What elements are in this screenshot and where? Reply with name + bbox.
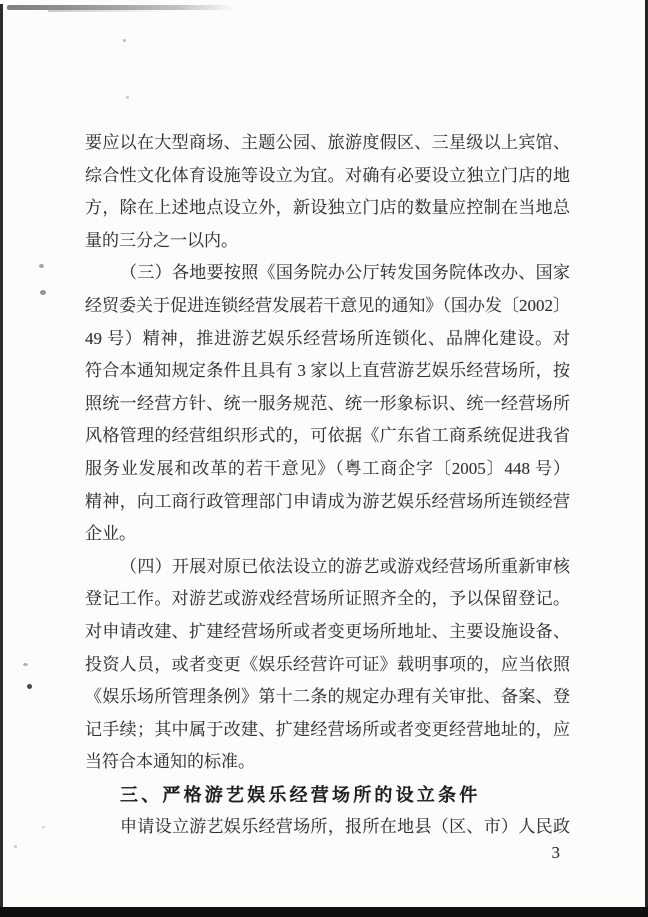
scan-speck — [39, 264, 44, 268]
text-line: 精神，向工商行政管理部门申请成为游艺娱乐经营场所连锁经营 — [85, 486, 570, 519]
text-line: 记手续；其中属于改建、扩建经营场所或者变更经营地址的，应 — [85, 714, 570, 747]
text-line: 照统一经营方针、统一服务规范、统一形象标识、统一经营场所 — [85, 388, 570, 421]
scan-speck — [23, 663, 28, 666]
section-heading: 三、严格游艺娱乐经营场所的设立条件 — [85, 779, 570, 812]
text-line: （四）开展对原已依法设立的游艺或游戏经营场所重新审核 — [85, 551, 570, 584]
page-number: 3 — [85, 843, 560, 863]
scan-speck — [42, 826, 45, 828]
text-line: 49 号）精神，推进游艺娱乐经营场所连锁化、品牌化建设。对 — [85, 323, 570, 356]
text-line: 风格管理的经营组织形式的，可依据《广东省工商系统促进我省 — [85, 420, 570, 453]
text-line: 符合本通知规定条件且具有 3 家以上直营游艺娱乐经营场所，按 — [85, 355, 570, 388]
scan-speck — [40, 290, 46, 295]
text-line: 申请设立游艺娱乐经营场所，报所在地县（区、市）人民政 — [85, 811, 570, 844]
text-line: 量的三分之一以内。 — [85, 225, 570, 258]
text-line: 《娱乐场所管理条例》第十二条的规定办理有关审批、备案、登 — [85, 681, 570, 714]
text-line: 综合性文化体育设施等设立为宜。对确有必要设立独立门店的地 — [85, 160, 570, 193]
scan-speck — [14, 845, 17, 848]
text-line: 投资人员，或者变更《娱乐经营许可证》载明事项的，应当依照 — [85, 649, 570, 682]
scan-streak-artifact — [48, 10, 168, 12]
text-line: 服务业发展和改革的若干意见》（粤工商企字〔2005〕448 号） — [85, 453, 570, 486]
text-line: 登记工作。对游艺或游戏经营场所证照齐全的，予以保留登记。 — [85, 583, 570, 616]
scan-speck — [126, 96, 129, 99]
document-body: 要应以在大型商场、主题公园、旅游度假区、三星级以上宾馆、综合性文化体育设施等设立… — [85, 127, 570, 844]
scanned-document-page: 要应以在大型商场、主题公园、旅游度假区、三星级以上宾馆、综合性文化体育设施等设立… — [0, 0, 648, 917]
text-line: 要应以在大型商场、主题公园、旅游度假区、三星级以上宾馆、 — [85, 127, 570, 160]
text-line: 当符合本通知的标准。 — [85, 746, 570, 779]
scan-speck — [123, 39, 126, 42]
scan-edge-bottom — [0, 907, 648, 917]
text-line: 方，除在上述地点设立外，新设独立门店的数量应控制在当地总 — [85, 192, 570, 225]
text-line: （三）各地要按照《国务院办公厅转发国务院体改办、国家 — [85, 257, 570, 290]
scan-speck — [27, 684, 32, 689]
scan-edge-left — [0, 4, 3, 909]
text-line: 企业。 — [85, 518, 570, 551]
text-line: 经贸委关于促进连锁经营发展若干意见的通知》（国办发〔2002〕 — [85, 290, 570, 323]
text-line: 对申请改建、扩建经营场所或者变更场所地址、主要设施设备、 — [85, 616, 570, 649]
